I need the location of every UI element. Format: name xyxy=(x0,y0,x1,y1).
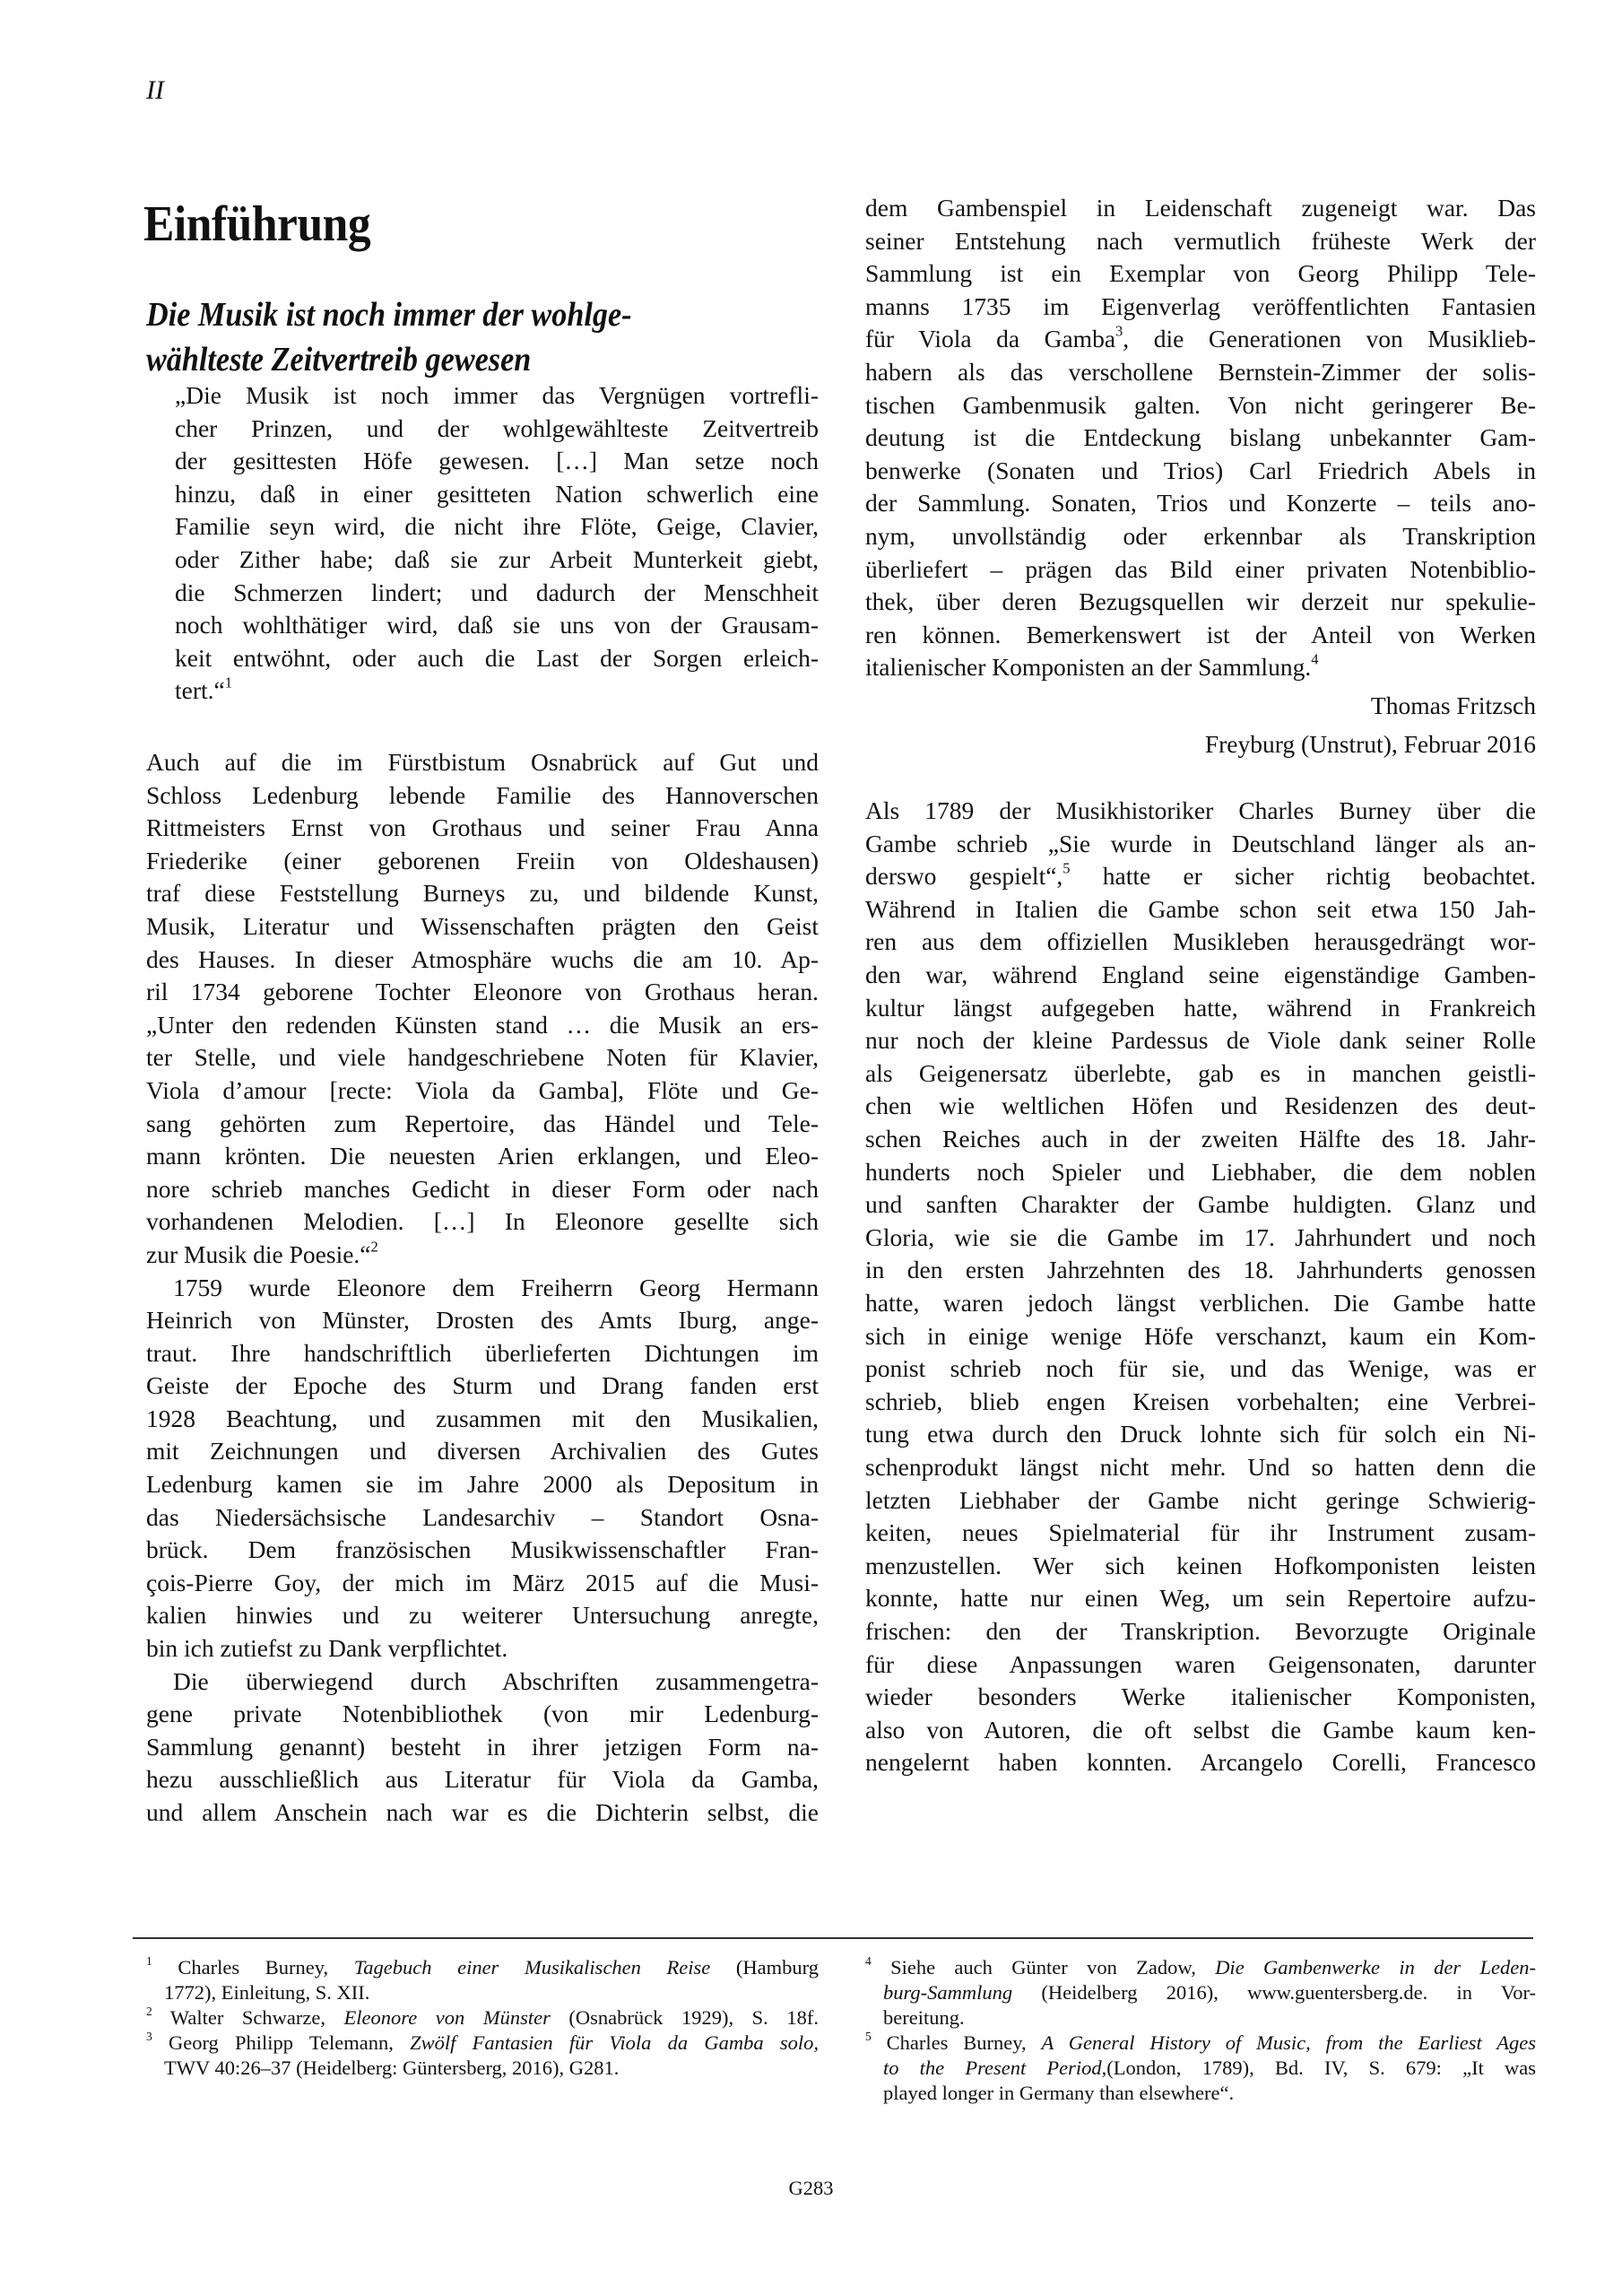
citation-title: Eleonore von Münster xyxy=(344,2006,551,2029)
text-line: tischen Gambenmusik galten. Von nicht ge… xyxy=(865,389,1536,422)
author-name: Thomas Fritzsch xyxy=(865,690,1536,723)
text-line: derswo gespielt“,5 hatte er sicher richt… xyxy=(865,860,1536,893)
text-line: in den ersten Jahrzehnten des 18. Jahrhu… xyxy=(865,1254,1536,1287)
text-line: oder Zither habe; daß sie zur Arbeit Mun… xyxy=(175,544,819,577)
text-fragment: zur Musik die Poesie.“ xyxy=(146,1240,371,1268)
paragraph: Auch auf die im Fürstbistum Osnabrück au… xyxy=(146,746,819,1272)
epigraph-quote: „Die Musik ist noch immer das Vergnügen … xyxy=(175,379,819,708)
text-line: ponist schrieb noch für sie, und das Wen… xyxy=(865,1352,1536,1386)
text-line: Familie seyn wird, die nicht ihre Flöte,… xyxy=(175,510,819,544)
footnote-ref[interactable]: 2 xyxy=(371,1239,378,1256)
footnote-3: 3 Georg Philipp Telemann, Zwölf Fantasie… xyxy=(146,2031,819,2081)
footnote-line: 4 Siehe auch Günter von Zadow, Die Gambe… xyxy=(865,1955,1536,1980)
text-line: Rittmeisters Ernst von Grothaus und sein… xyxy=(146,812,819,845)
text-line: Gambe schrieb „Sie wurde in Deutschland … xyxy=(865,828,1536,861)
text-line: die Schmerzen lindert; und dadurch der M… xyxy=(175,577,819,610)
text-line: nore schrieb manches Gedicht in dieser F… xyxy=(146,1173,819,1206)
text-line: letzten Liebhaber der Gambe nicht gering… xyxy=(865,1484,1536,1518)
text-line: des Hauses. In dieser Atmosphäre wuchs d… xyxy=(146,944,819,977)
right-column: dem Gambenspiel in Leidenschaft zugeneig… xyxy=(865,192,1536,1779)
text-line: Auch auf die im Fürstbistum Osnabrück au… xyxy=(146,746,819,779)
text-line: hunderts noch Spieler und Liebhaber, die… xyxy=(865,1156,1536,1189)
text-line: kalien hinwies und zu weiterer Untersuch… xyxy=(146,1599,819,1632)
text-line: tert.“1 xyxy=(175,674,819,708)
text-line: schrieb, blieb engen Kreisen vorbehalten… xyxy=(865,1386,1536,1419)
text-fragment: italienischer Komponisten an der Sammlun… xyxy=(865,653,1311,681)
text-line: hezu ausschließlich aus Literatur für Vi… xyxy=(146,1763,819,1796)
text-line: nengelernt haben konnten. Arcangelo Core… xyxy=(865,1746,1536,1779)
text-line: seiner Entstehung nach vermutlich frühes… xyxy=(865,225,1536,258)
text-fragment: (Heidelberg 2016), www.guentersberg.de. … xyxy=(1012,1981,1536,2004)
text-line: schenprodukt längst nicht mehr. Und so h… xyxy=(865,1451,1536,1484)
footnote-line: 1772), Einleitung, S. XII. xyxy=(146,1980,819,2005)
text-line: ren können. Bemerkenswert ist der Anteil… xyxy=(865,619,1536,652)
text-line: tung etwa durch den Druck lohnte sich fü… xyxy=(865,1418,1536,1451)
text-line: Gloria, wie sie die Gambe im 17. Jahrhun… xyxy=(865,1222,1536,1255)
footnote-line: burg-Sammlung (Heidelberg 2016), www.gue… xyxy=(865,1980,1536,2005)
signature-block: Thomas Fritzsch Freyburg (Unstrut), Febr… xyxy=(865,690,1536,761)
text-line: hinzu, daß in einer gesitteten Nation sc… xyxy=(175,478,819,511)
text-line: çois-Pierre Goy, der mich im März 2015 a… xyxy=(146,1567,819,1600)
footnote-line: 2 Walter Schwarze, Eleonore von Münster … xyxy=(146,2005,819,2031)
folio-page-number: G283 xyxy=(0,2177,1622,2200)
text-fragment: , die Generationen von Musiklieb- xyxy=(1123,325,1536,352)
text-line: bin ich zutiefst zu Dank verpflichtet. xyxy=(146,1632,819,1665)
footnote-5: 5 Charles Burney, A General History of M… xyxy=(865,2031,1536,2106)
text-line: mann krönten. Die neuesten Arien erklang… xyxy=(146,1140,819,1173)
citation-title: Zwölf Fantasien für Viola da Gamba solo, xyxy=(410,2031,819,2054)
text-line: Heinrich von Münster, Drosten des Amts I… xyxy=(146,1304,819,1337)
text-line: traf diese Feststellung Burneys zu, und … xyxy=(146,877,819,910)
text-fragment: Charles Burney, xyxy=(872,2031,1042,2054)
text-line: gene private Notenbibliothek (von mir Le… xyxy=(146,1698,819,1731)
text-line: „Die Musik ist noch immer das Vergnügen … xyxy=(175,379,819,413)
text-line: Während in Italien die Gambe schon seit … xyxy=(865,893,1536,926)
chapter-title: Einführung xyxy=(143,196,370,253)
text-line: italienischer Komponisten an der Sammlun… xyxy=(865,651,1536,684)
text-line: den war, während England seine eigenstän… xyxy=(865,959,1536,992)
paragraph: Als 1789 der Musikhistoriker Charles Bur… xyxy=(865,795,1536,1779)
text-line: Sammlung genannt) besteht in ihrer jetzi… xyxy=(146,1731,819,1764)
text-line: Als 1789 der Musikhistoriker Charles Bur… xyxy=(865,795,1536,828)
text-line: Friederike (einer geborenen Freiin von O… xyxy=(146,845,819,878)
text-line: „Unter den redenden Künsten stand … die … xyxy=(146,1009,819,1042)
text-line: schen Reiches auch in der zweiten Hälfte… xyxy=(865,1123,1536,1156)
text-line: brück. Dem französischen Musikwissenscha… xyxy=(146,1534,819,1567)
text-line: keiten, neues Spielmaterial für ihr Inst… xyxy=(865,1517,1536,1550)
text-fragment: (Osnabrück 1929), S. 18f. xyxy=(551,2006,819,2029)
text-line: frischen: den der Transkription. Bevorzu… xyxy=(865,1615,1536,1648)
text-line: Schloss Ledenburg lebende Familie des Ha… xyxy=(146,779,819,813)
text-line: nym, unvollständig oder erkennbar als Tr… xyxy=(865,520,1536,553)
footnote-1: 1 Charles Burney, Tagebuch einer Musikal… xyxy=(146,1955,819,2005)
citation-title: A General History of Music, from the Ear… xyxy=(1042,2031,1536,2054)
footnote-ref[interactable]: 4 xyxy=(1311,651,1318,668)
text-line: habern als das verschollene Bernstein-Zi… xyxy=(865,356,1536,389)
text-line: Geiste der Epoche des Sturm und Drang fa… xyxy=(146,1370,819,1403)
text-line: der gesittesten Höfe gewesen. […] Man se… xyxy=(175,445,819,478)
text-line: als Geigenersatz überlebte, gab es in ma… xyxy=(865,1057,1536,1091)
text-line: also von Autoren, die oft selbst die Gam… xyxy=(865,1714,1536,1747)
text-line: Sammlung ist ein Exemplar von Georg Phil… xyxy=(865,257,1536,291)
footnote-number: 3 xyxy=(146,2030,152,2043)
footnote-4: 4 Siehe auch Günter von Zadow, Die Gambe… xyxy=(865,1955,1536,2031)
text-line: thek, über deren Bezugsquellen wir derze… xyxy=(865,586,1536,619)
footnote-line: played longer in Germany than elsewhere“… xyxy=(865,2081,1536,2106)
text-line: deutung ist die Entdeckung bislang unbek… xyxy=(865,422,1536,455)
text-line: keit entwöhnt, oder auch die Last der So… xyxy=(175,642,819,675)
footnote-line: to the Present Period,(London, 1789), Bd… xyxy=(865,2056,1536,2081)
footnote-line: 3 Georg Philipp Telemann, Zwölf Fantasie… xyxy=(146,2031,819,2056)
footnote-line: 5 Charles Burney, A General History of M… xyxy=(865,2031,1536,2056)
subtitle-line: Die Musik ist noch immer der wohlge- xyxy=(146,292,792,337)
text-line: vorhandenen Melodien. […] In Eleonore ge… xyxy=(146,1205,819,1239)
text-line: sang gehörten zum Repertoire, das Händel… xyxy=(146,1108,819,1141)
footnote-number: 2 xyxy=(146,2005,152,2018)
text-line: manns 1735 im Eigenverlag veröffentlicht… xyxy=(865,291,1536,324)
text-line: für diese Anpassungen waren Geigensonate… xyxy=(865,1648,1536,1682)
text-line: sich in einige wenige Höfe verschanzt, k… xyxy=(865,1320,1536,1353)
subtitle-line: wählteste Zeitvertreib gewesen xyxy=(146,337,792,382)
text-line: Ledenburg kamen sie im Jahre 2000 als De… xyxy=(146,1468,819,1501)
text-line: cher Prinzen, und der wohlgewählteste Ze… xyxy=(175,413,819,446)
citation-title: burg-Sammlung xyxy=(883,1981,1012,2004)
text-line: überliefert – prägen das Bild einer priv… xyxy=(865,553,1536,587)
text-line: mit Zeichnungen und diversen Archivalien… xyxy=(146,1435,819,1468)
citation-title: to the Present Period xyxy=(883,2057,1102,2079)
citation-title: Tagebuch einer Musikalischen Reise xyxy=(354,1956,711,1979)
text-line: 1759 wurde Eleonore dem Freiherrn Georg … xyxy=(146,1272,819,1305)
text-fragment: tert.“ xyxy=(175,676,225,704)
footnotes-right: 4 Siehe auch Günter von Zadow, Die Gambe… xyxy=(865,1955,1536,2106)
footnote-number: 1 xyxy=(146,1954,152,1968)
running-page-number: II xyxy=(146,75,164,106)
text-line: konnte, hatte nur einen Weg, um sein Rep… xyxy=(865,1582,1536,1615)
footnotes-left: 1 Charles Burney, Tagebuch einer Musikal… xyxy=(146,1955,819,2081)
paragraph: dem Gambenspiel in Leidenschaft zugeneig… xyxy=(865,192,1536,684)
text-line: nur noch der kleine Pardessus de Viole d… xyxy=(865,1024,1536,1057)
paragraph: 1759 wurde Eleonore dem Freiherrn Georg … xyxy=(146,1272,819,1665)
text-fragment: für Viola da Gamba xyxy=(865,325,1115,352)
text-line: kultur längst aufgegeben hatte, während … xyxy=(865,992,1536,1025)
left-column: Auch auf die im Fürstbistum Osnabrück au… xyxy=(146,746,819,1830)
text-fragment: hatte er sicher richtig beobachtet. xyxy=(1071,862,1536,890)
paragraph: Die überwiegend durch Abschriften zusamm… xyxy=(146,1665,819,1830)
footnote-line: 1 Charles Burney, Tagebuch einer Musikal… xyxy=(146,1955,819,1980)
place-date: Freyburg (Unstrut), Februar 2016 xyxy=(865,728,1536,761)
text-line: noch wohlthätiger wird, daß sie uns von … xyxy=(175,609,819,642)
text-fragment: Georg Philipp Telemann, xyxy=(152,2031,410,2054)
footnote-number: 5 xyxy=(865,2030,872,2043)
footnote-line: bereitung. xyxy=(865,2005,1536,2031)
text-fragment: ,(London, 1789), Bd. IV, S. 679: „It was xyxy=(1102,2057,1536,2079)
text-line: für Viola da Gamba3, die Generationen vo… xyxy=(865,323,1536,356)
text-line: ren aus dem offiziellen Musikleben herau… xyxy=(865,926,1536,959)
text-line: benwerke (Sonaten und Trios) Carl Friedr… xyxy=(865,455,1536,488)
text-line: der Sammlung. Sonaten, Trios und Konzert… xyxy=(865,487,1536,520)
text-line: ter Stelle, und viele handgeschriebene N… xyxy=(146,1041,819,1074)
text-line: Die überwiegend durch Abschriften zusamm… xyxy=(146,1665,819,1699)
text-line: ril 1734 geborene Tochter Eleonore von G… xyxy=(146,976,819,1009)
footnote-2: 2 Walter Schwarze, Eleonore von Münster … xyxy=(146,2005,819,2031)
text-line: wieder besonders Werke italienischer Kom… xyxy=(865,1681,1536,1714)
text-line: und sanften Charakter der Gambe huldigte… xyxy=(865,1188,1536,1222)
text-line: traut. Ihre handschriftlich überlieferte… xyxy=(146,1337,819,1370)
text-line: chen wie weltlichen Höfen und Residenzen… xyxy=(865,1090,1536,1123)
citation-title: Die Gambenwerke in der Leden- xyxy=(1215,1956,1536,1979)
text-line: 1928 Beachtung, und zusammen mit den Mus… xyxy=(146,1403,819,1436)
text-line: und allem Anschein nach war es die Dicht… xyxy=(146,1796,819,1830)
text-line: hatte, waren jedoch längst verblichen. D… xyxy=(865,1287,1536,1320)
text-line: zur Musik die Poesie.“2 xyxy=(146,1239,819,1272)
footnote-line: TWV 40:26–37 (Heidelberg: Güntersberg, 2… xyxy=(146,2056,819,2081)
text-fragment: Siehe auch Günter von Zadow, xyxy=(872,1956,1215,1979)
text-fragment: derswo gespielt“, xyxy=(865,862,1063,890)
text-line: menzustellen. Wer sich keinen Hofkomponi… xyxy=(865,1550,1536,1583)
text-fragment: (Hamburg xyxy=(710,1956,819,1979)
footnote-ref[interactable]: 5 xyxy=(1063,860,1070,877)
text-line: das Niedersächsische Landesarchiv – Stan… xyxy=(146,1501,819,1535)
footnote-separator xyxy=(133,1937,1533,1939)
section-subtitle: Die Musik ist noch immer der wohlge- wäh… xyxy=(146,292,792,382)
text-line: Viola d’amour [recte: Viola da Gamba], F… xyxy=(146,1074,819,1108)
footnote-ref[interactable]: 1 xyxy=(225,674,232,691)
text-line: Musik, Literatur und Wissenschaften präg… xyxy=(146,910,819,944)
text-fragment: Charles Burney, xyxy=(152,1956,354,1979)
footnote-number: 4 xyxy=(865,1954,872,1968)
text-fragment: Walter Schwarze, xyxy=(152,2006,344,2029)
text-line: dem Gambenspiel in Leidenschaft zugeneig… xyxy=(865,192,1536,225)
